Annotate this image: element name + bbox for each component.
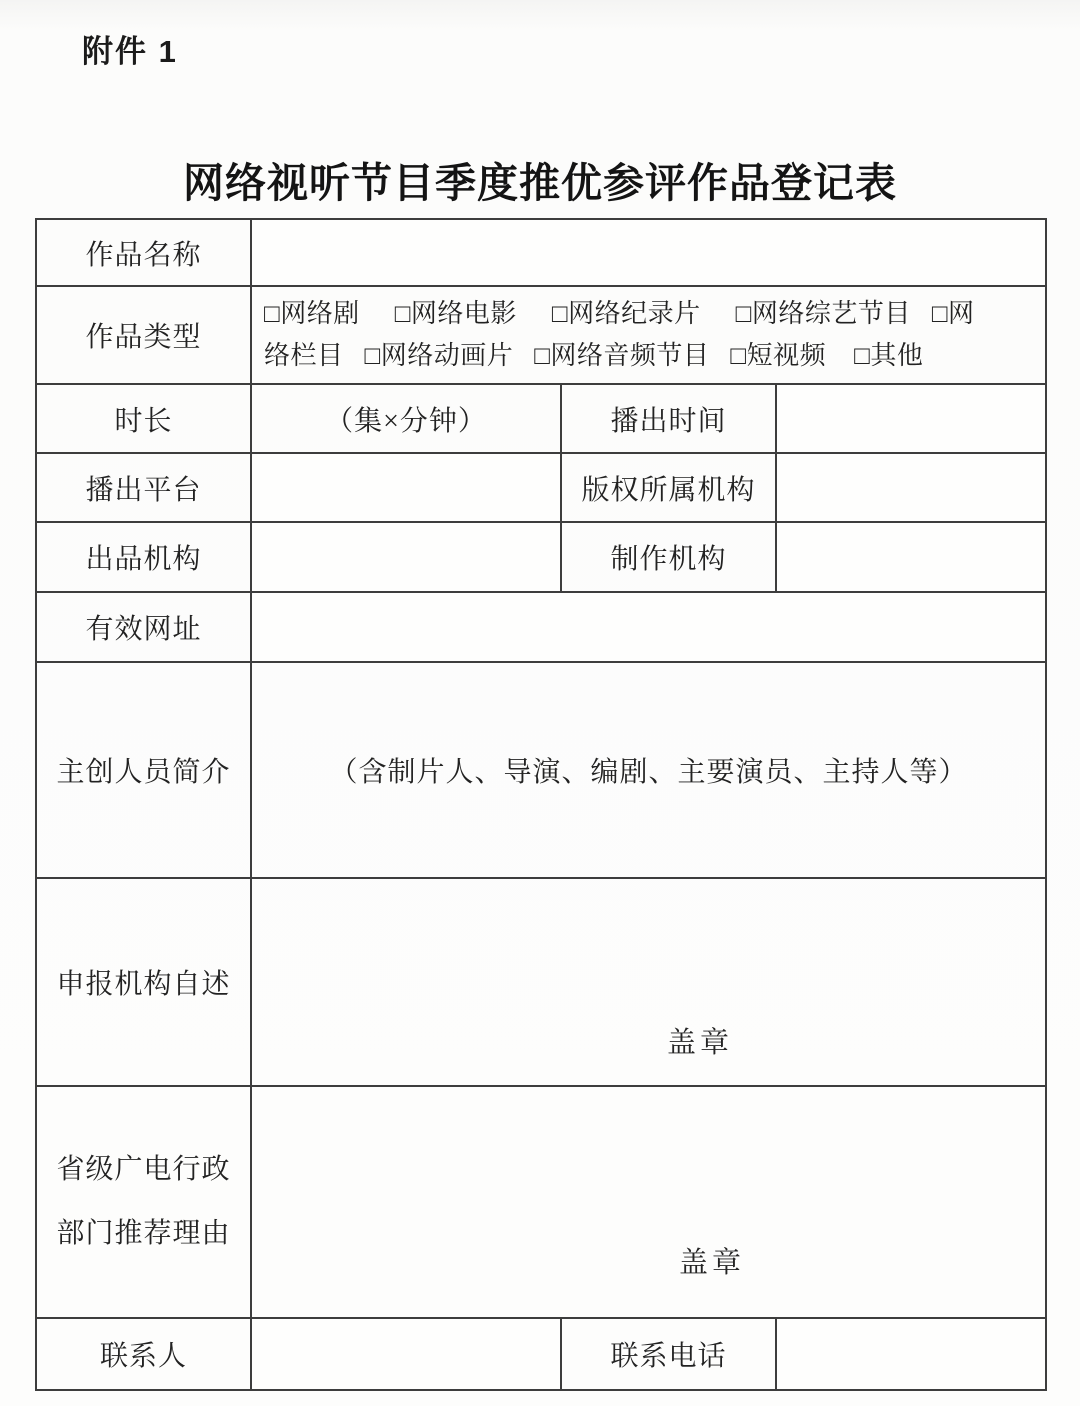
row-self-statement: 申报机构自述 盖章	[36, 878, 1046, 1086]
contact-value-cell	[251, 1318, 561, 1390]
self-statement-area-cell: 盖章	[251, 878, 1046, 1086]
recommendation-label: 省级广电行政 部门推荐理由	[36, 1086, 251, 1318]
document-page: 附件 1 网络视听节目季度推优参评作品登记表 作品名称 作品类型 □网络剧 □网…	[0, 0, 1080, 1406]
work-name-value-cell	[251, 219, 1046, 286]
contact-phone-value-cell	[776, 1318, 1046, 1390]
work-type-options-cell: □网络剧 □网络电影 □网络纪录片 □网络综艺节目 □网 络栏目 □网络动画片 …	[251, 286, 1046, 384]
producer-org-value-cell	[251, 522, 561, 592]
valid-url-value-cell	[251, 592, 1046, 662]
platform-label: 播出平台	[36, 453, 251, 522]
page-title: 网络视听节目季度推优参评作品登记表	[0, 150, 1080, 209]
contact-label: 联系人	[36, 1318, 251, 1390]
creators-label: 主创人员简介	[36, 662, 251, 878]
row-recommendation: 省级广电行政 部门推荐理由 盖章	[36, 1086, 1046, 1318]
work-name-label: 作品名称	[36, 219, 251, 286]
row-duration-airtime: 时长 （集×分钟） 播出时间	[36, 384, 1046, 453]
platform-value-cell	[251, 453, 561, 522]
row-contact: 联系人 联系电话	[36, 1318, 1046, 1390]
recommendation-area-cell: 盖章	[251, 1086, 1046, 1318]
row-producer-maker: 出品机构 制作机构	[36, 522, 1046, 592]
copyright-org-value-cell	[776, 453, 1046, 522]
work-type-label: 作品类型	[36, 286, 251, 384]
row-platform-copyright: 播出平台 版权所属机构	[36, 453, 1046, 522]
producer-org-label: 出品机构	[36, 522, 251, 592]
duration-label: 时长	[36, 384, 251, 453]
self-statement-label: 申报机构自述	[36, 878, 251, 1086]
recommendation-stamp-label: 盖章	[679, 1240, 745, 1281]
self-statement-stamp-label: 盖章	[667, 1020, 733, 1061]
recommendation-label-line-1: 省级广电行政	[37, 1138, 250, 1202]
work-type-options-line-2: 络栏目 □网络动画片 □网络音频节目 □短视频 □其他	[264, 335, 1035, 377]
valid-url-label: 有效网址	[36, 592, 251, 662]
copyright-org-label: 版权所属机构	[561, 453, 776, 522]
maker-org-label: 制作机构	[561, 522, 776, 592]
air-time-label: 播出时间	[561, 384, 776, 453]
duration-hint-cell: （集×分钟）	[251, 384, 561, 453]
row-work-type: 作品类型 □网络剧 □网络电影 □网络纪录片 □网络综艺节目 □网 络栏目 □网…	[36, 286, 1046, 384]
contact-phone-label: 联系电话	[561, 1318, 776, 1390]
row-valid-url: 有效网址	[36, 592, 1046, 662]
creators-hint-cell: （含制片人、导演、编剧、主要演员、主持人等）	[251, 662, 1046, 878]
maker-org-value-cell	[776, 522, 1046, 592]
row-work-name: 作品名称	[36, 219, 1046, 286]
registration-form-table: 作品名称 作品类型 □网络剧 □网络电影 □网络纪录片 □网络综艺节目 □网 络…	[35, 218, 1047, 1391]
attachment-label: 附件 1	[82, 26, 178, 71]
row-creators: 主创人员简介 （含制片人、导演、编剧、主要演员、主持人等）	[36, 662, 1046, 878]
recommendation-label-line-2: 部门推荐理由	[37, 1202, 250, 1266]
work-type-options-line-1: □网络剧 □网络电影 □网络纪录片 □网络综艺节目 □网	[264, 293, 1035, 335]
air-time-value-cell	[776, 384, 1046, 453]
